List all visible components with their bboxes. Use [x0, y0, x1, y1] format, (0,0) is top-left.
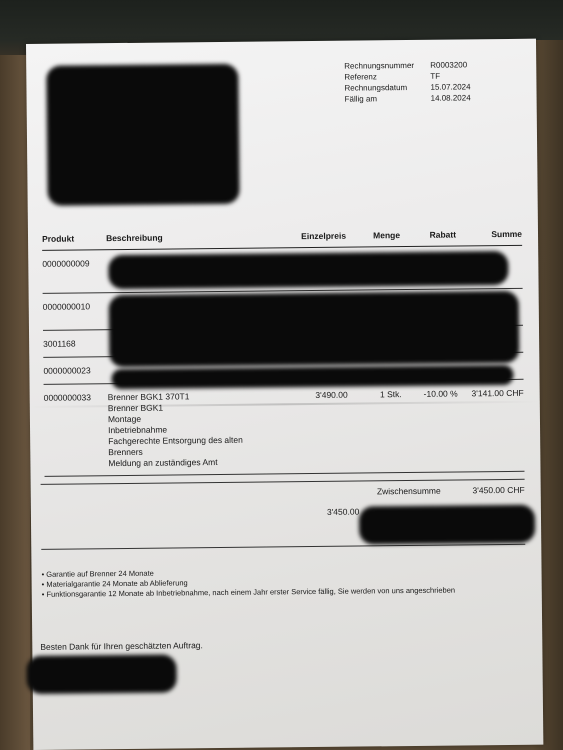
redacted-row — [108, 251, 508, 289]
invoice-meta: Rechnungsnummer R0003200 Referenz TF Rec… — [344, 59, 471, 104]
redacted-address-block — [46, 64, 239, 206]
invoice-paper: Rechnungsnummer R0003200 Referenz TF Rec… — [26, 39, 543, 750]
background-surface — [0, 55, 30, 750]
redacted-signature — [26, 654, 176, 694]
divider — [41, 544, 525, 550]
warranty-notes: • Garantie auf Brenner 24 Monate • Mater… — [42, 566, 456, 600]
redacted-row — [109, 291, 520, 367]
redacted-row — [111, 365, 513, 389]
meta-row: Rechnungsnummer R0003200 — [344, 59, 470, 71]
meta-row: Fällig am 14.08.2024 — [345, 92, 471, 104]
redacted-totals — [359, 505, 535, 545]
table-row: 0000000033 Brenner BGK1 370T1 Brenner BG… — [44, 380, 525, 477]
thanks-text: Besten Dank für Ihren geschätzten Auftra… — [40, 640, 203, 652]
item-description: Brenner BGK1 370T1 Brenner BGK1 Montage … — [108, 390, 287, 469]
